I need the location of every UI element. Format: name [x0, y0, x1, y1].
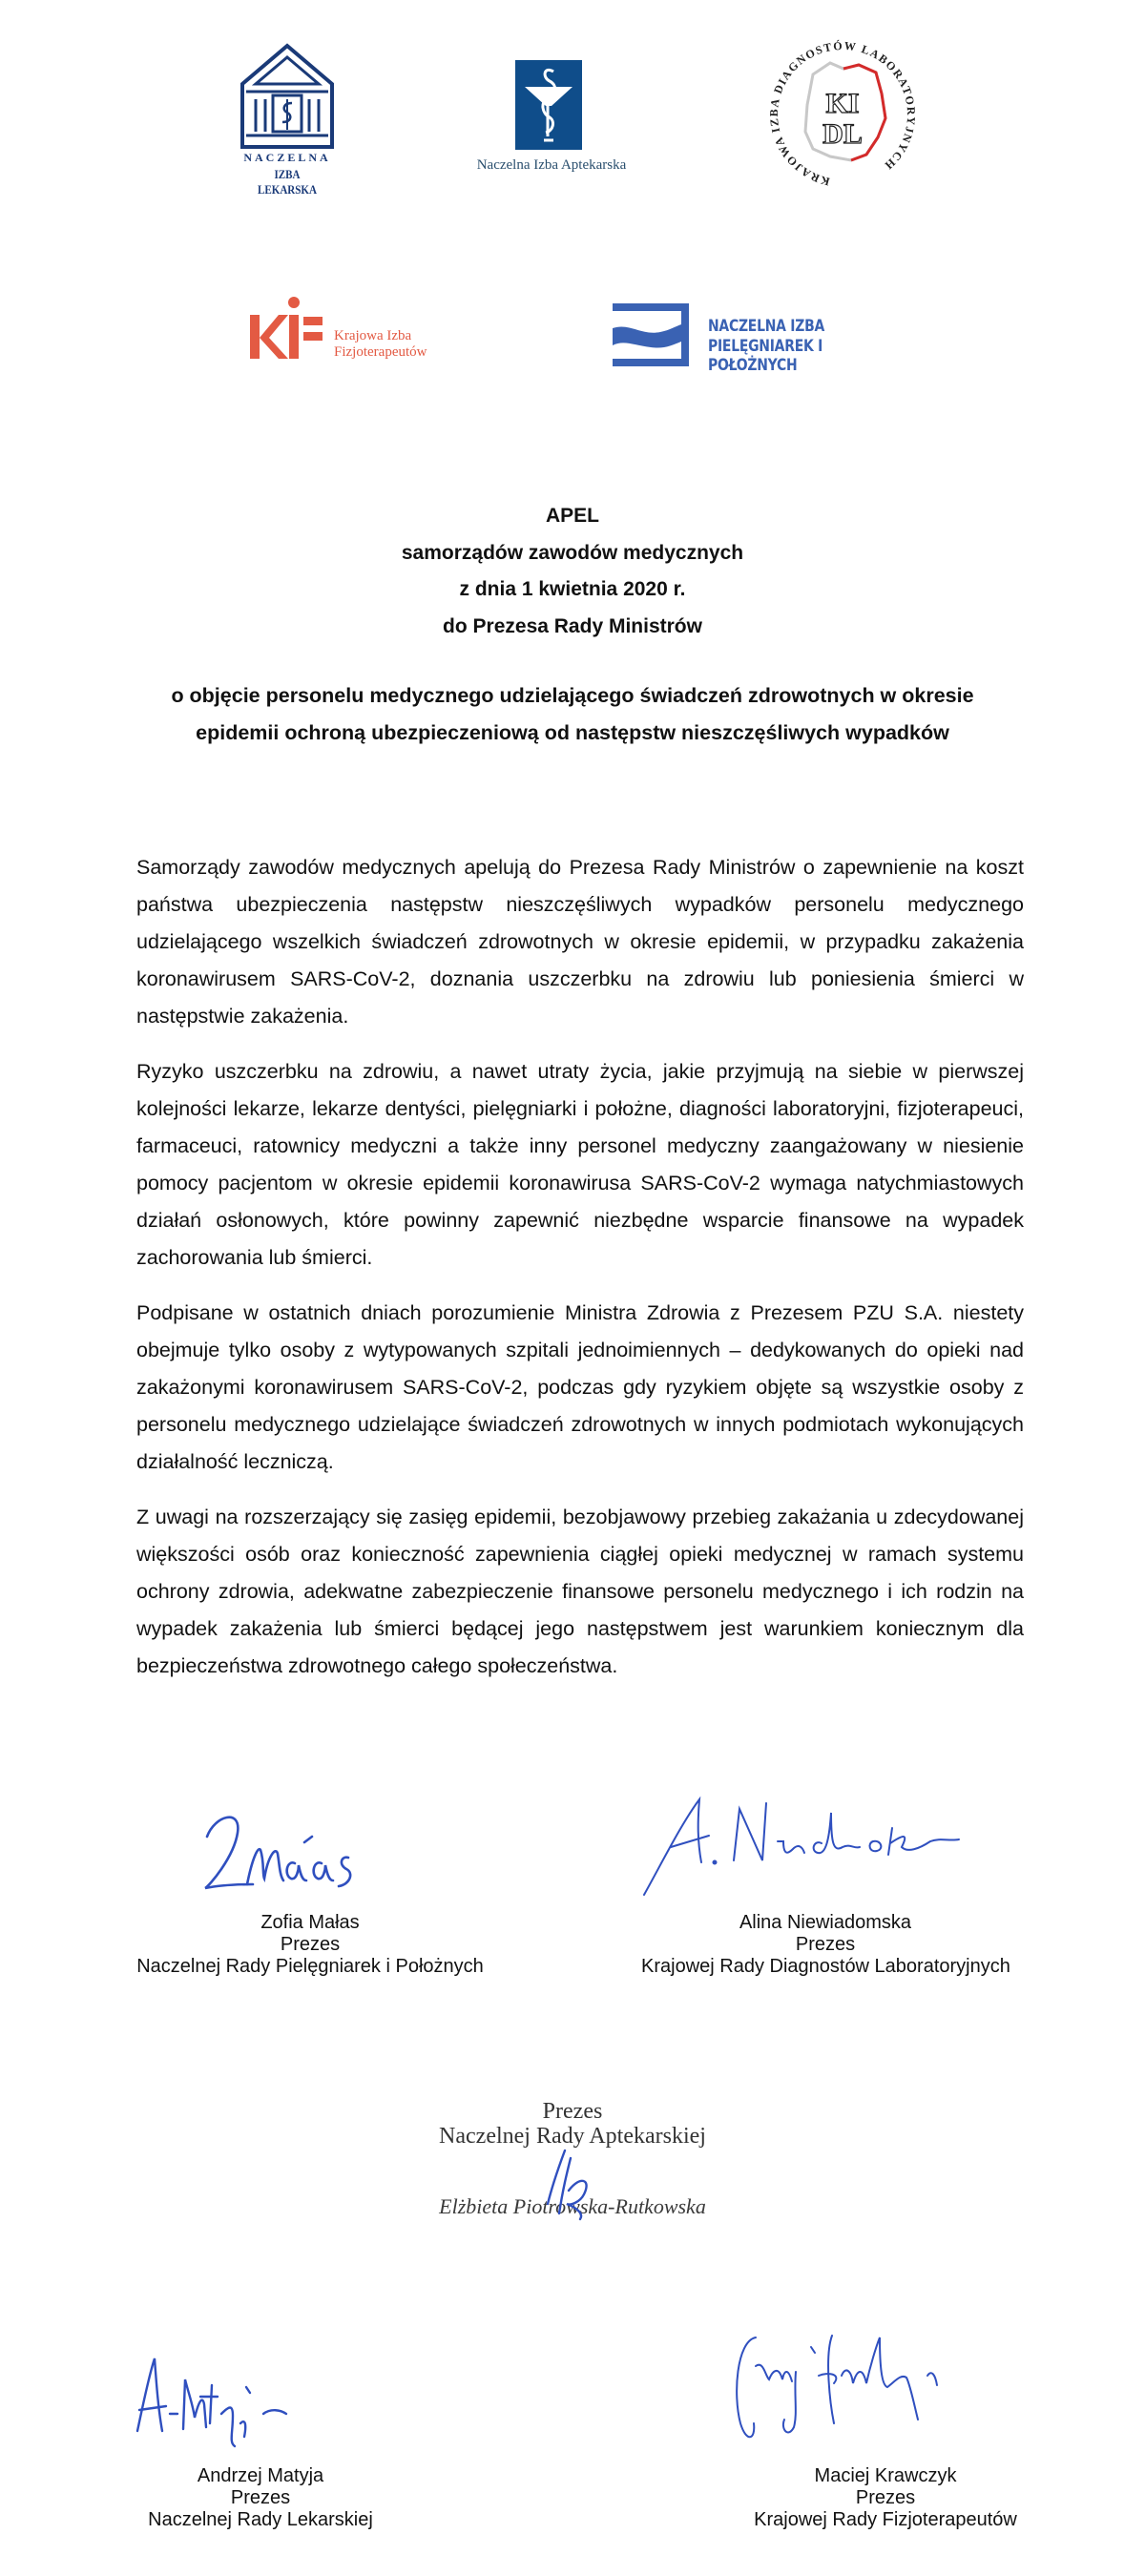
- temple-caduceus-icon: [237, 42, 338, 149]
- heading-date: z dnia 1 kwietnia 2020 r.: [0, 571, 1145, 609]
- signature-malas-icon: [196, 1808, 358, 1903]
- heading-addressee: do Prezesa Rady Ministrów: [0, 609, 1145, 646]
- bowl-of-hygieia-icon: [515, 60, 582, 150]
- logo-naczelna-izba-pielegniarek: NACZELNA IZBA PIELĘGNIAREK I POŁOŻNYCH: [613, 303, 956, 368]
- signatory-name: Maciej Krawczyk: [747, 2465, 1024, 2487]
- logo-naczelna-izba-aptekarska: Naczelna Izba Aptekarska: [456, 57, 647, 181]
- signatory-org: Naczelnej Rady Lekarskiej: [136, 2509, 385, 2531]
- logo-krajowa-izba-fizjoterapeutow: Krajowa Izba Fizjoterapeutów: [246, 294, 456, 370]
- document-heading: APEL samorządów zawodów medycznych z dni…: [0, 498, 1145, 645]
- nia-name: Naczelna Izba Aptekarska: [456, 157, 647, 174]
- heading-line2: samorządów zawodów medycznych: [0, 535, 1145, 572]
- signature-block-niewiadomska: Alina Niewiadomska Prezes Krajowej Rady …: [641, 1912, 1010, 1978]
- subtitle-line2: epidemii ochroną ubezpieczeniową od nast…: [0, 715, 1145, 752]
- signature-block-matyja: Andrzej Matyja Prezes Naczelnej Rady Lek…: [136, 2465, 385, 2531]
- signatory-org: Krajowej Rady Fizjoterapeutów: [747, 2509, 1024, 2531]
- document-body: Samorządy zawodów medycznych apelują do …: [136, 849, 1024, 1703]
- signature-matyja-icon: [134, 2347, 296, 2452]
- kidl-dl: DL: [822, 118, 863, 150]
- signatory-role: Prezes: [382, 2099, 763, 2124]
- signature-block-krawczyk: Maciej Krawczyk Prezes Krajowej Rady Fiz…: [747, 2465, 1024, 2531]
- paragraph-2: Ryzyko uszczerbku na zdrowiu, a nawet ut…: [136, 1053, 1024, 1277]
- paragraph-4: Z uwagi na rozszerzający się zasięg epid…: [136, 1499, 1024, 1685]
- signatory-role: Prezes: [641, 1934, 1010, 1956]
- signatory-role: Prezes: [747, 2487, 1024, 2509]
- logo-naczelna-izba-lekarska: NACZELNA IZBA LEKARSKA: [237, 42, 338, 187]
- signatory-role: Prezes: [136, 1934, 484, 1956]
- subtitle-line1: o objęcie personelu medycznego udzielają…: [0, 677, 1145, 715]
- heading-title: APEL: [0, 498, 1145, 535]
- kif-mark-icon: [246, 294, 332, 370]
- paragraph-3: Podpisane w ostatnich dniach porozumieni…: [136, 1295, 1024, 1481]
- signatory-org: Naczelnej Rady Aptekarskiej: [382, 2124, 763, 2149]
- nipip-wave-icon: [613, 303, 691, 368]
- signatory-name: Andrzej Matyja: [136, 2465, 385, 2487]
- signatory-org: Krajowej Rady Diagnostów Laboratoryjnych: [641, 1956, 1010, 1978]
- nipip-name-line2: PIELĘGNIAREK I POŁOŻNYCH: [708, 337, 911, 375]
- kif-name-line1: Krajowa Izba: [334, 328, 411, 344]
- signature-block-malas: Zofia Małas Prezes Naczelnej Rady Pielęg…: [136, 1912, 484, 1978]
- kidl-ki: KI: [825, 88, 859, 119]
- signature-niewiadomska-icon: [635, 1794, 997, 1899]
- nipip-name-line1: NACZELNA IZBA: [708, 317, 824, 336]
- signature-aptekarska-icon: [542, 2147, 609, 2223]
- signatory-org: Naczelnej Rady Pielęgniarek i Położnych: [136, 1956, 484, 1978]
- signatory-name: Zofia Małas: [136, 1912, 484, 1934]
- nil-name-line2: IZBA LEKARSKA: [244, 167, 330, 197]
- signature-krawczyk-icon: [727, 2328, 1013, 2452]
- nil-name-line1: NACZELNA: [237, 151, 338, 165]
- signature-block-aptekarska: Prezes Naczelnej Rady Aptekarskiej Elżbi…: [382, 2099, 763, 2149]
- document-subtitle: o objęcie personelu medycznego udzielają…: [0, 677, 1145, 751]
- logo-kidl: KI DL KRAJOWA IZBA DIAGNOSTÓW LABORATORY…: [763, 36, 922, 191]
- signatory-name: Alina Niewiadomska: [641, 1912, 1010, 1934]
- paragraph-1: Samorządy zawodów medycznych apelują do …: [136, 849, 1024, 1035]
- signatory-role: Prezes: [136, 2487, 385, 2509]
- kif-name-line2: Fizjoterapeutów: [334, 344, 427, 361]
